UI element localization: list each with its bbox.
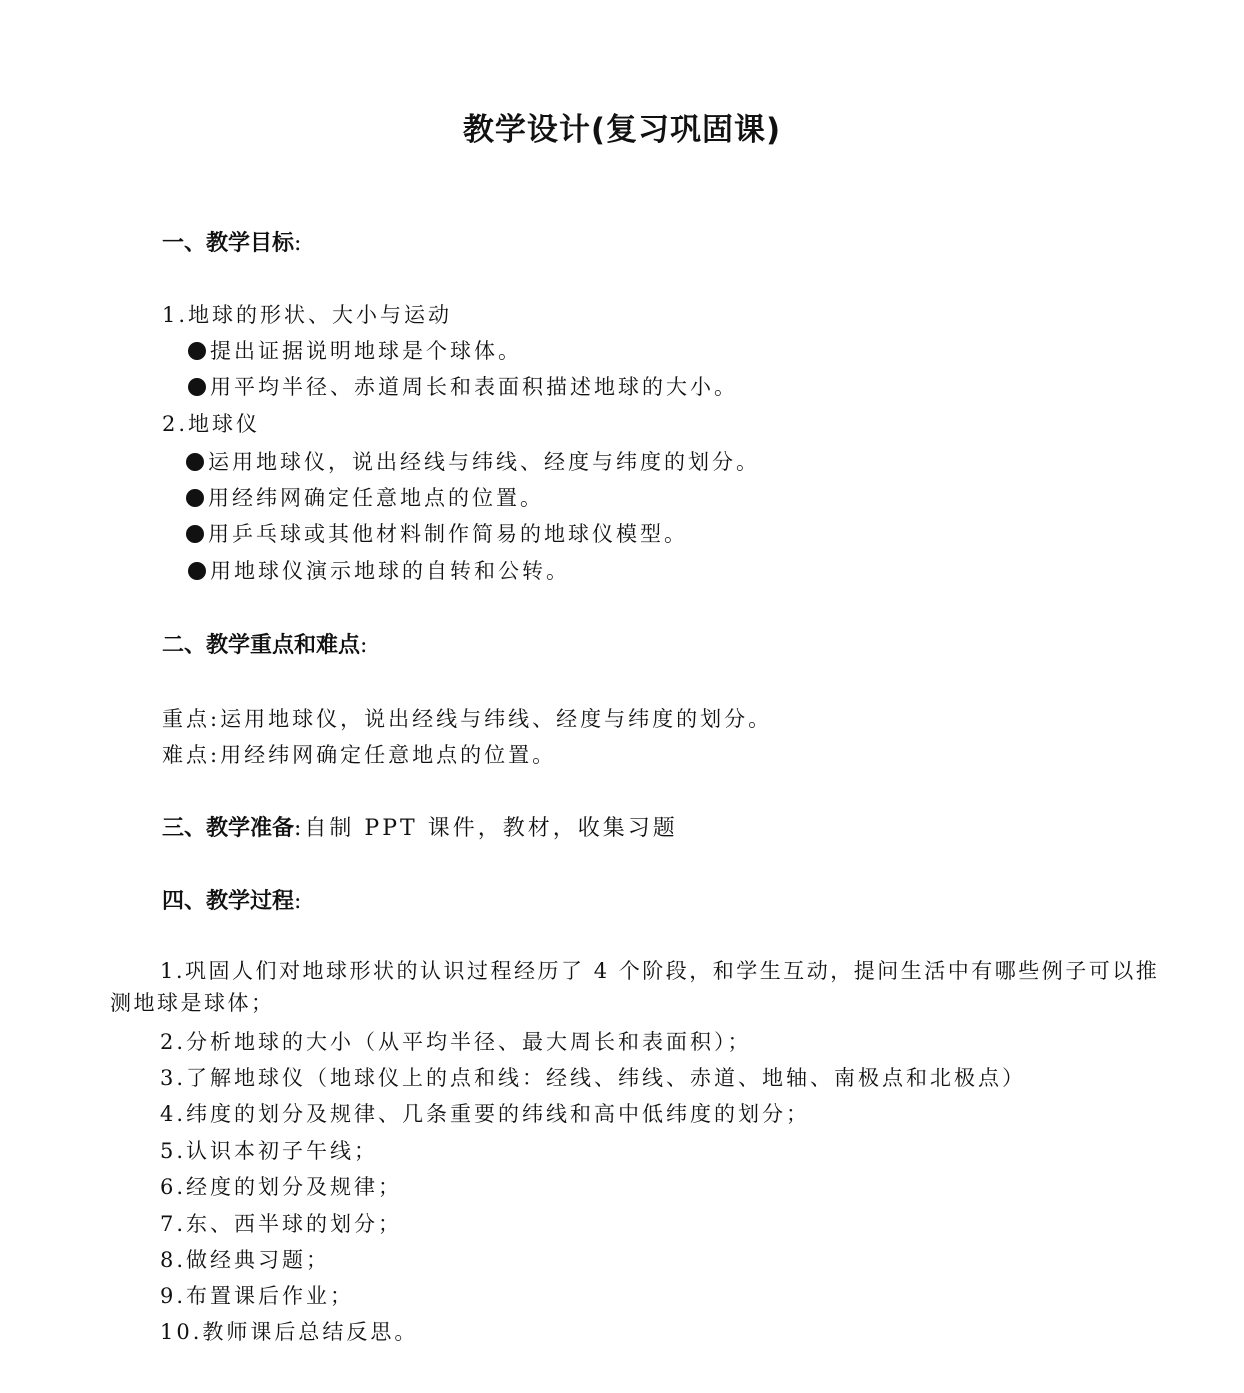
process-step: 6.经度的划分及规律；: [160, 1171, 402, 1201]
section-heading-colon: :: [360, 633, 370, 658]
objective-item: 用经纬网确定任意地点的位置。: [186, 482, 544, 512]
objective-item-text: 用地球仪演示地球的自转和公转。: [210, 559, 570, 583]
objective-item-text: 运用地球仪，说出经线与纬线、经度与纬度的划分。: [208, 450, 760, 474]
section-heading-colon: :: [294, 231, 304, 256]
process-step: 4.纬度的划分及规律、几条重要的纬线和高中低纬度的划分；: [160, 1098, 810, 1128]
objective-item-text: 用经纬网确定任意地点的位置。: [208, 486, 544, 510]
objective-item-text: 提出证据说明地球是个球体。: [210, 339, 522, 363]
section-heading-text: 一、教学目标: [162, 231, 294, 256]
process-step: 9.布置课后作业；: [160, 1280, 354, 1310]
bullet-icon: [188, 378, 206, 396]
process-step: 8.做经典习题；: [160, 1244, 330, 1274]
bullet-icon: [188, 342, 206, 360]
document-title: 教学设计(复习巩固课): [0, 104, 1244, 149]
preparation-content: :自制 PPT 课件，教材，收集习题: [294, 816, 678, 841]
bullet-icon: [186, 489, 204, 507]
section-heading-text: 二、教学重点和难点: [162, 633, 360, 658]
process-step: 7.东、西半球的划分；: [160, 1208, 402, 1238]
bullet-icon: [188, 562, 206, 580]
section-heading-key-points: 二、教学重点和难点:: [162, 628, 370, 659]
section-heading-colon: :: [294, 889, 304, 914]
process-step: 5.认识本初子午线；: [160, 1135, 378, 1165]
objective-item: 提出证据说明地球是个球体。: [188, 335, 522, 365]
objective-group-label: 2.地球仪: [162, 408, 260, 438]
process-step: 2.分析地球的大小（从平均半径、最大周长和表面积）；: [160, 1026, 752, 1056]
bullet-icon: [186, 525, 204, 543]
section-heading-text: 三、教学准备: [162, 816, 294, 841]
objective-group-label: 1.地球的形状、大小与运动: [162, 299, 452, 329]
objective-item: 用乒乓球或其他材料制作简易的地球仪模型。: [186, 518, 688, 548]
key-point-difficulty: 难点:用经纬网确定任意地点的位置。: [162, 739, 556, 769]
bullet-icon: [186, 453, 204, 471]
section-heading-objectives: 一、教学目标:: [162, 226, 304, 257]
section-heading-process: 四、教学过程:: [162, 884, 304, 915]
key-point-focus: 重点:运用地球仪，说出经线与纬线、经度与纬度的划分。: [162, 703, 772, 733]
section-heading-text: 四、教学过程: [162, 889, 294, 914]
process-step: 1.巩固人们对地球形状的认识过程经历了 4 个阶段，和学生互动，提问生活中有哪些…: [110, 955, 1180, 1019]
process-step: 3.了解地球仪（地球仪上的点和线：经线、纬线、赤道、地轴、南极点和北极点）: [160, 1062, 1026, 1092]
objective-item-text: 用平均半径、赤道周长和表面积描述地球的大小。: [210, 375, 738, 399]
process-step: 10.教师课后总结反思。: [160, 1316, 418, 1346]
objective-item-text: 用乒乓球或其他材料制作简易的地球仪模型。: [208, 522, 688, 546]
objective-item: 用平均半径、赤道周长和表面积描述地球的大小。: [188, 371, 738, 401]
objective-item: 运用地球仪，说出经线与纬线、经度与纬度的划分。: [186, 446, 760, 476]
section-heading-preparation: 三、教学准备:自制 PPT 课件，教材，收集习题: [162, 811, 678, 842]
objective-item: 用地球仪演示地球的自转和公转。: [188, 555, 570, 585]
